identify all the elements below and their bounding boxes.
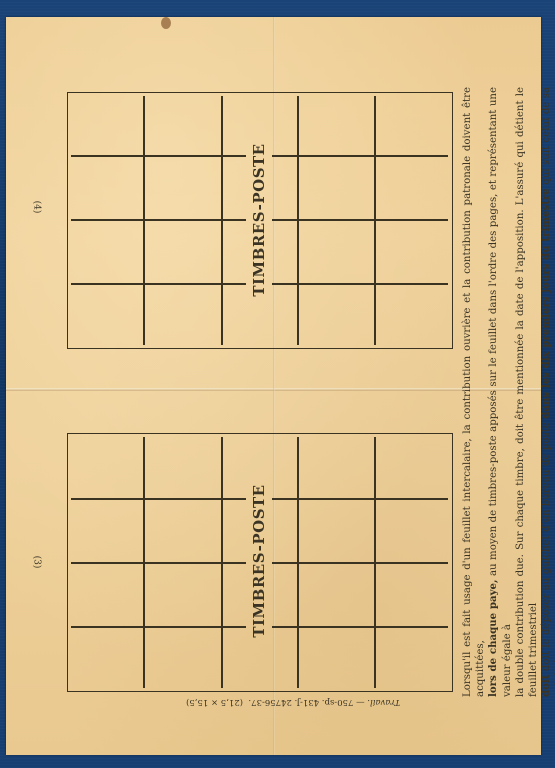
- grid-row-line: [272, 626, 448, 628]
- grid-row-line: [71, 219, 246, 221]
- grid-row-line: [71, 155, 246, 157]
- page-number-3: (3): [31, 556, 41, 569]
- grid-row-line: [272, 562, 448, 564]
- document-sheet: (4) (3) TIMBRES-POSTE TIMBRES-POSTE Lors…: [6, 17, 541, 755]
- stamp-grid-top: TIMBRES-POSTE: [67, 92, 453, 349]
- grid-row-line: [272, 283, 448, 285]
- timbres-poste-label: TIMBRES-POSTE: [250, 130, 268, 310]
- notice-line-1: Lorsqu'il est fait usage d'un feuillet i…: [461, 87, 487, 697]
- grid-row-line: [71, 562, 246, 564]
- grid-row-line: [272, 498, 448, 500]
- timbres-poste-label: TIMBRES-POSTE: [250, 471, 268, 651]
- notice-line-4: doit doit le déposer au guichet d'un bur…: [540, 87, 555, 697]
- notice-line-3: la double contribution due. Sur chaque t…: [514, 87, 540, 697]
- page-number-4: (4): [31, 201, 41, 214]
- instructions-notice: Lorsqu'il est fait usage d'un feuillet i…: [461, 87, 521, 697]
- grid-row-line: [272, 155, 448, 157]
- notice-line-2: lors de chaque paye, au moyen de timbres…: [487, 87, 513, 697]
- grid-column-line: [143, 96, 145, 345]
- printer-imprint: Travail. — 750-sp. 431-J. 24756-37. (21,…: [186, 697, 436, 707]
- grid-row-line: [272, 219, 448, 221]
- grid-row-line: [71, 283, 246, 285]
- grid-column-line: [297, 96, 299, 345]
- paper-stain: [161, 17, 171, 29]
- grid-row-line: [71, 626, 246, 628]
- stamp-grid-bottom: TIMBRES-POSTE: [67, 433, 453, 692]
- grid-column-line: [221, 96, 223, 345]
- grid-column-line: [374, 96, 376, 345]
- grid-row-line: [71, 498, 246, 500]
